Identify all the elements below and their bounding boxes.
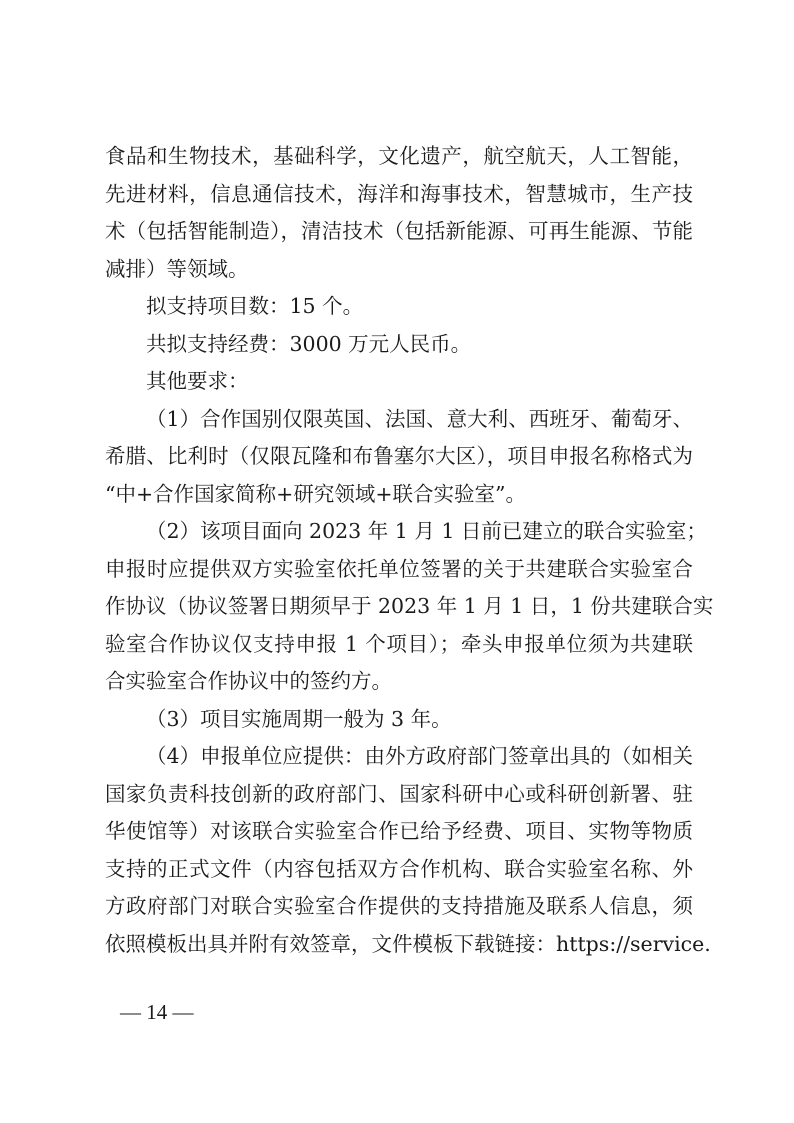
paragraph-other-requirements: 其他要求： [105, 363, 693, 401]
paragraph-requirement-4: （4）申报单位应提供：由外方政府部门签章出具的（如相关 国家负责科技创新的政府部… [105, 738, 693, 963]
text-line: 拟支持项目数：15 个。 [105, 288, 693, 326]
text-line: “中+合作国家简称+研究领域+联合实验室”。 [105, 476, 693, 514]
text-line: 作协议（协议签署日期须早于 2023 年 1 月 1 日，1 份共建联合实 [105, 588, 693, 626]
text-line: 术（包括智能制造），清洁技术（包括新能源、可再生能源、节能 [105, 213, 693, 251]
text-line: 先进材料，信息通信技术，海洋和海事技术，智慧城市，生产技 [105, 176, 693, 214]
paragraph-requirement-1: （1）合作国别仅限英国、法国、意大利、西班牙、葡萄牙、 希腊、比利时（仅限瓦隆和… [105, 401, 693, 514]
page-number: — 14 — [120, 1000, 194, 1025]
text-line: （2）该项目面向 2023 年 1 月 1 日前已建立的联合实验室； [105, 513, 693, 551]
text-line: 国家负责科技创新的政府部门、国家科研中心或科研创新署、驻 [105, 776, 693, 814]
text-line: 依照模板出具并附有效签章，文件模板下载链接：https://service. [105, 926, 693, 964]
text-line: （4）申报单位应提供：由外方政府部门签章出具的（如相关 [105, 738, 693, 776]
text-line: （1）合作国别仅限英国、法国、意大利、西班牙、葡萄牙、 [105, 401, 693, 439]
paragraph-project-count: 拟支持项目数：15 个。 [105, 288, 693, 326]
text-line: 支持的正式文件（内容包括双方合作机构、联合实验室名称、外 [105, 851, 693, 889]
paragraph-requirement-3: （3）项目实施周期一般为 3 年。 [105, 701, 693, 739]
paragraph-requirement-2: （2）该项目面向 2023 年 1 月 1 日前已建立的联合实验室； 申报时应提… [105, 513, 693, 701]
paragraph-fields: 食品和生物技术，基础科学，文化遗产，航空航天，人工智能， 先进材料，信息通信技术… [105, 138, 693, 288]
text-line: 验室合作协议仅支持申报 1 个项目）；牵头申报单位须为共建联 [105, 626, 693, 664]
text-line: 共拟支持经费：3000 万元人民币。 [105, 326, 693, 364]
text-line: 减排）等领域。 [105, 251, 693, 289]
paragraph-funding: 共拟支持经费：3000 万元人民币。 [105, 326, 693, 364]
text-line: 华使馆等）对该联合实验室合作已给予经费、项目、实物等物质 [105, 813, 693, 851]
text-line: （3）项目实施周期一般为 3 年。 [105, 701, 693, 739]
text-line: 食品和生物技术，基础科学，文化遗产，航空航天，人工智能， [105, 138, 693, 176]
text-line: 合实验室合作协议中的签约方。 [105, 663, 693, 701]
document-body: 食品和生物技术，基础科学，文化遗产，航空航天，人工智能， 先进材料，信息通信技术… [105, 138, 693, 963]
text-line: 希腊、比利时（仅限瓦隆和布鲁塞尔大区），项目申报名称格式为 [105, 438, 693, 476]
text-line: 方政府部门对联合实验室合作提供的支持措施及联系人信息，须 [105, 888, 693, 926]
text-line: 申报时应提供双方实验室依托单位签署的关于共建联合实验室合 [105, 551, 693, 589]
text-line: 其他要求： [105, 363, 693, 401]
